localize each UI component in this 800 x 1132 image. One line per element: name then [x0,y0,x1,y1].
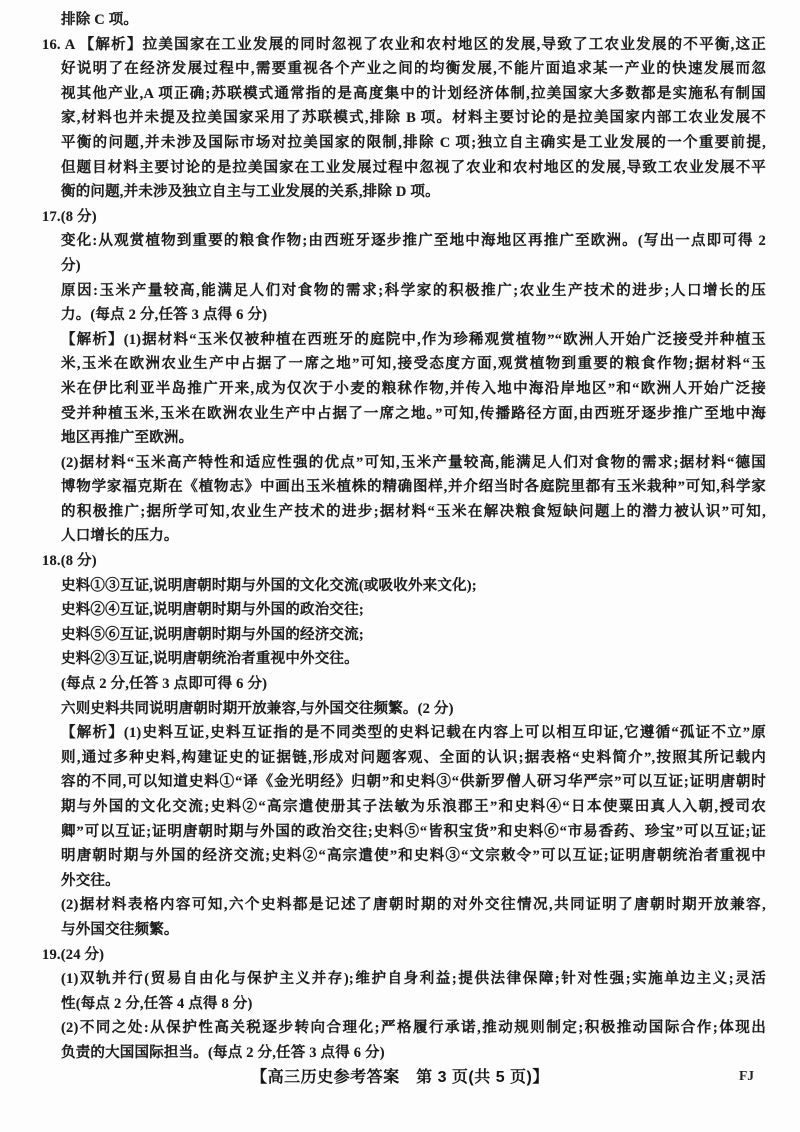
answer-line: 变化:从观赏植物到重要的粮食作物;由西班牙逐步推广至地中海地区再推广至欧洲。(写… [61,229,766,254]
answer-line: 容的不同,可以知道史料①“译《金光明经》归朝”和史料③“供新罗僧人研习华严宗”可… [61,770,766,795]
answer-line: 力。(每点 2 分,任答 3 点得 6 分) [61,303,766,328]
answer-line: 米,玉米在欧洲农业生产中占据了一席之地”可知,接受态度方面,观赏植物到重要的粮食… [61,352,766,377]
answer-line: 18.(8 分) [42,549,766,574]
answer-line: 19.(24 分) [42,943,766,968]
answer-lines: 排除 C 项。16. A 【解析】拉美国家在工业发展的同时忽视了农业和农村地区的… [42,8,766,1066]
answer-line: 地区再推广至欧洲。 [61,426,766,451]
answer-line: 负责的大国国际担当。(每点 2 分,任答 3 点得 6 分) [61,1041,766,1066]
answer-line: 米在伊比利亚半岛推广开来,成为仅次于小麦的粮秫作物,并传入地中海沿岸地区”和“欧… [61,377,766,402]
answer-line: 【解析】(1)史料互证,史料互证指的是不同类型的史料记载在内容上可以相互印证,它… [61,721,766,746]
answer-line: 平衡的问题,并未涉及国际市场对拉美国家的限制,排除 C 项;独立自主确实是工业发… [61,131,766,156]
answer-line: 的积极推广;据所学可知,农业生产技术的进步;据材料“玉米在解决粮食短缺问题上的潜… [61,500,766,525]
answer-line: 家,材料也并未提及拉美国家采用了苏联模式,排除 B 项。材料主要讨论的是拉美国家… [61,106,766,131]
answer-line: (1)双轨并行(贸易自由化与保护主义并存);维护自身利益;提供法律保障;针对性强… [61,967,766,992]
answer-line: 排除 C 项。 [61,8,766,33]
answer-line: 史料②④互证,说明唐朝时期与外国的政治交往; [61,598,766,623]
answer-line: (2)据材料“玉米高产特性和适应性强的优点”可知,玉米产量较高,能满足人们对食物… [61,451,766,476]
answer-line: 六则史料共同说明唐朝时期开放兼容,与外国交往频繁。(2 分) [61,697,766,722]
answer-line: (2)据材料表格内容可知,六个史料都是记述了唐朝时期的对外交往情况,共同证明了唐… [61,893,766,918]
answer-line: 视其他产业,A 项正确;苏联模式通常指的是高度集中的计划经济体制,拉美国家大多数… [61,82,766,107]
answer-line: 人口增长的压力。 [61,524,766,549]
answer-line: 原因:玉米产量较高,能满足人们对食物的需求;科学家的积极推广;农业生产技术的进步… [61,279,766,304]
answer-line: 衡的问题,并未涉及独立自主与工业发展的关系,排除 D 项。 [61,180,766,205]
answer-line: (每点 2 分,任答 3 点即可得 6 分) [61,672,766,697]
answer-line: 17.(8 分) [42,205,766,230]
answer-line: 外交往。 [61,869,766,894]
answer-line: 16. A 【解析】拉美国家在工业发展的同时忽视了农业和农村地区的发展,导致了工… [42,33,766,58]
answer-line: 【解析】(1)据材料“玉米仅被种植在西班牙的庭院中,作为珍稀观赏植物”“欧洲人开… [61,328,766,353]
scanned-answer-page: 排除 C 项。16. A 【解析】拉美国家在工业发展的同时忽视了农业和农村地区的… [0,0,800,1132]
footer-title: 【高三历史参考答案 第 3 页(共 5 页)】 [0,1066,800,1090]
answer-line: 受并种植玉米,玉米在欧洲农业生产中占据了一席之地。”可知,传播路径方面,由西班牙… [61,402,766,427]
answer-line: 分) [61,254,766,279]
answer-line: 性(每点 2 分,任答 4 点得 8 分) [61,992,766,1017]
answer-line: 则,通过多种史料,构建证史的证据链,形成对问题客观、全面的认识;据表格“史料简介… [61,746,766,771]
answer-line: 史料②③互证,说明唐朝统治者重视中外交往。 [61,647,766,672]
answer-line: 史料⑤⑥互证,说明唐朝时期与外国的经济交流; [61,623,766,648]
page-footer: 【高三历史参考答案 第 3 页(共 5 页)】 FJ [0,1066,800,1096]
answer-line: 与外国交往频繁。 [61,918,766,943]
footer-paper-code: FJ [739,1068,754,1084]
answer-line: 史料①③互证,说明唐朝时期与外国的文化交流(或吸收外来文化); [61,574,766,599]
answer-line: 明唐朝时期与外国的经济交流;史料②“高宗遣使”和史料③“文宗敕令”可以互证;证明… [61,844,766,869]
answer-line: 好说明了在经济发展过程中,需要重视各个产业之间的均衡发展,不能片面追求某一产业的… [61,57,766,82]
answer-line: 但题目材料主要讨论的是拉美国家在工业发展过程中忽视了农业和农村地区的发展,导致工… [61,156,766,181]
answer-line: 期与外国的文化交流;史料②“高宗遣使册其子法敏为乐浪郡王”和史料④“日本使粟田真… [61,795,766,820]
answer-line: (2)不同之处:从保护性高关税逐步转向合理化;严格履行承诺,推动规则制定;积极推… [61,1016,766,1041]
answer-line: 博物学家福克斯在《植物志》中画出玉米植株的精确图样,并介绍当时各庭院里都有玉米栽… [61,475,766,500]
answer-line: 卿”可以互证;证明唐朝时期与外国的政治交往;史料⑤“皆积宝货”和史料⑥“市易香药… [61,820,766,845]
